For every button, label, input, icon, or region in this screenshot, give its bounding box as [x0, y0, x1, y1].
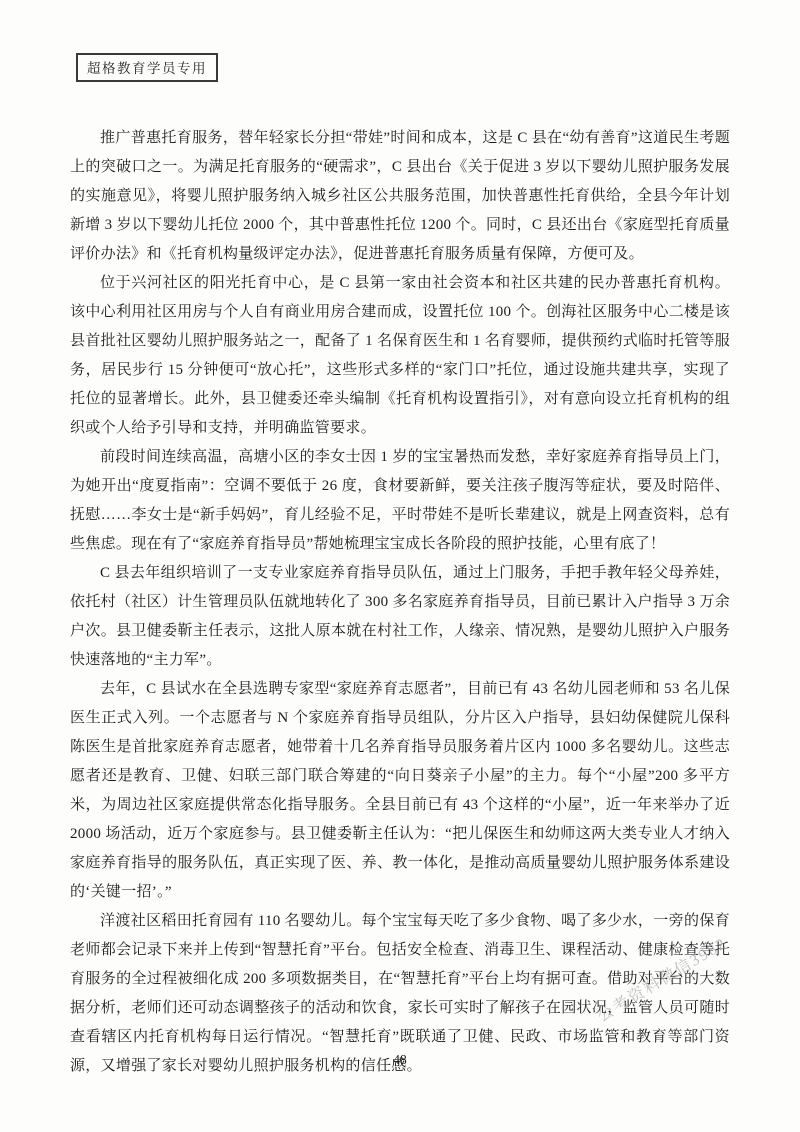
page-number: 48: [0, 1052, 800, 1068]
document-page: 超格教育学员专用 推广普惠托育服务，替年轻家长分担“带娃”时间和成本，这是 C …: [0, 0, 800, 1132]
body-paragraph-1: 推广普惠托育服务，替年轻家长分担“带娃”时间和成本，这是 C 县在“幼有善育”这…: [70, 124, 730, 269]
body-paragraph-2: 位于兴河社区的阳光托育中心，是 C 县第一家由社会资本和社区共建的民办普惠托育机…: [70, 269, 730, 443]
body-paragraph-5: 去年，C 县试水在全县选聘专家型“家庭养育志愿者”，目前已有 43 名幼儿园老师…: [70, 675, 730, 907]
document-body: 推广普惠托育服务，替年轻家长分担“带娃”时间和成本，这是 C 县在“幼有善育”这…: [70, 124, 730, 1081]
member-badge: 超格教育学员专用: [76, 53, 218, 82]
body-paragraph-3: 前段时间连续高温，高塘小区的李女士因 1 岁的宝宝暑热而发愁，幸好家庭养育指导员…: [70, 443, 730, 559]
body-paragraph-4: C 县去年组织培训了一支专业家庭养育指导员队伍，通过上门服务，手把手教年轻父母养…: [70, 559, 730, 675]
